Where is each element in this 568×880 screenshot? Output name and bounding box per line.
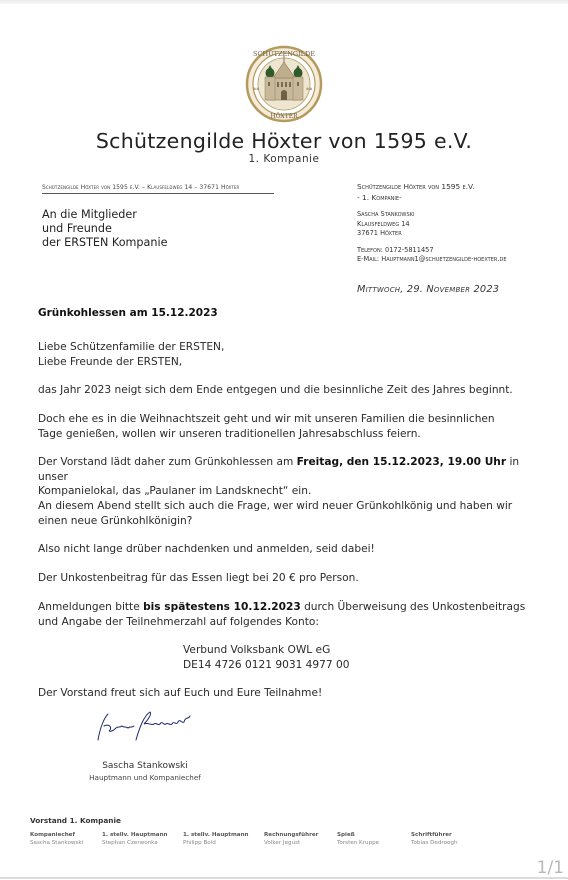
sender-name: Sascha Stankowski: [357, 210, 506, 220]
sender-city: 37671 Höxter: [357, 229, 506, 239]
paragraph-line: Kompanielokal, das „Paulaner im Landskne…: [38, 484, 548, 499]
board-member: Schriftführer Tobias Dedroogh: [411, 831, 458, 847]
board-member-role: Schriftführer: [411, 831, 458, 839]
bank-details: Verbund Volksbank OWL eG DE14 4726 0121 …: [183, 643, 350, 672]
svg-text:๑๑: ๑๑: [306, 86, 312, 92]
event-date-time: Freitag, den 15.12.2023, 19.00 Uhr: [297, 456, 506, 468]
board-member-role: Spieß: [337, 831, 379, 839]
board-member-name: Sascha Stankowski: [30, 839, 83, 847]
signatory-role: Hauptmann und Kompaniechef: [60, 773, 230, 782]
board-member-name: Volker Jegust: [264, 839, 318, 847]
page-indicator: 1/1: [537, 858, 564, 878]
sender-info-block: Schützengilde Höxter von 1595 e.V. - 1. …: [357, 182, 506, 265]
sender-street: Klausfeldweg 14: [357, 220, 506, 230]
paragraph-line: An diesem Abend stellt sich auch die Fra…: [38, 499, 548, 514]
iban: DE14 4726 0121 9031 4977 00: [183, 658, 350, 673]
board-member-role: 1. stellv. Hauptmann: [183, 831, 249, 839]
bank-name: Verbund Volksbank OWL eG: [183, 643, 350, 658]
paragraph-2: Doch ehe es in die Weihnachtszeit geht u…: [38, 412, 548, 441]
organization-name: Schützengilde Höxter von 1595 e.V.: [0, 129, 568, 153]
paragraph-5: Also nicht lange drüber nachdenken und a…: [38, 542, 548, 557]
recipient-line: und Freunde: [42, 222, 167, 236]
salutation-line: Liebe Freunde der ERSTEN,: [38, 355, 548, 370]
board-member: Rechnungsführer Volker Jegust: [264, 831, 318, 847]
paragraph-line: und Angabe der Teilnehmerzahl auf folgen…: [38, 615, 548, 630]
registration-deadline: bis spätestens 10.12.2023: [143, 601, 301, 613]
svg-text:HÖXTER: HÖXTER: [270, 113, 298, 120]
recipient-line: der ERSTEN Kompanie: [42, 236, 167, 250]
salutation-line: Liebe Schützenfamilie der ERSTEN,: [38, 340, 548, 355]
board-member-name: Torsten Kruppe: [337, 839, 379, 847]
letter-date: Mittwoch, 29. November 2023: [357, 284, 499, 295]
signatory-name: Sascha Stankowski: [60, 761, 230, 771]
board-member-role: Rechnungsführer: [264, 831, 318, 839]
board-member-role: 1. stellv. Hauptmann: [102, 831, 168, 839]
recipient-address: An die Mitglieder und Freunde der ERSTEN…: [42, 208, 167, 250]
paragraph-line: Doch ehe es in die Weihnachtszeit geht u…: [38, 412, 548, 427]
return-address-line: Schützengilde Höxter von 1595 e.V. – Kla…: [42, 184, 274, 194]
paragraph-6: Der Unkostenbeitrag für das Essen liegt …: [38, 571, 548, 586]
board-member-role: Kompaniechef: [30, 831, 83, 839]
paragraph-line: Anmeldungen bitte bis spätestens 10.12.2…: [38, 600, 548, 615]
paragraph-4: An diesem Abend stellt sich auch die Fra…: [38, 499, 548, 528]
sender-org: Schützengilde Höxter von 1595 e.V.: [357, 182, 506, 193]
board-member: Kompaniechef Sascha Stankowski: [30, 831, 83, 847]
board-member: 1. stellv. Hauptmann Stephan Czerwonka: [102, 831, 168, 847]
paragraph-line: Tage genießen, wollen wir unseren tradit…: [38, 427, 548, 442]
company-name: 1. Kompanie: [0, 153, 568, 165]
letter-subject: Grünkohlessen am 15.12.2023: [38, 307, 218, 319]
paragraph-line: Der Vorstand lädt daher zum Grünkohlesse…: [38, 455, 548, 484]
svg-text:๑๑: ๑๑: [253, 86, 259, 92]
document-page: SCHÜTZENGILDE HÖXTER ๑๑ ๑๑ Schützengilde…: [0, 4, 568, 880]
sender-phone: Telefon: 0172-5811457: [357, 246, 506, 256]
viewer-bottom-border: [0, 877, 568, 879]
sender-company: - 1. Kompanie-: [357, 193, 506, 204]
board-member-name: Stephan Czerwonka: [102, 839, 168, 847]
board-member: Spieß Torsten Kruppe: [337, 831, 379, 847]
paragraph-1: das Jahr 2023 neigt sich dem Ende entgeg…: [38, 383, 548, 398]
sender-email: E-Mail: Hauptmann1@schuetzengilde-hoexte…: [357, 255, 506, 265]
board-member: 1. stellv. Hauptmann Philipp Bold: [183, 831, 249, 847]
board-member-name: Tobias Dedroogh: [411, 839, 458, 847]
svg-text:SCHÜTZENGILDE: SCHÜTZENGILDE: [253, 49, 315, 58]
paragraph-7: Anmeldungen bitte bis spätestens 10.12.2…: [38, 600, 548, 629]
guild-seal-logo-icon: SCHÜTZENGILDE HÖXTER ๑๑ ๑๑: [229, 44, 339, 124]
board-member-name: Philipp Bold: [183, 839, 249, 847]
recipient-line: An die Mitglieder: [42, 208, 167, 222]
closing-line: Der Vorstand freut sich auf Euch und Eur…: [38, 686, 548, 701]
board-title: Vorstand 1. Kompanie: [30, 816, 121, 825]
paragraph-3: Der Vorstand lädt daher zum Grünkohlesse…: [38, 455, 548, 499]
handwritten-signature-icon: [90, 704, 200, 744]
paragraph-line: einen neue Grünkohlkönigin?: [38, 514, 548, 529]
salutation: Liebe Schützenfamilie der ERSTEN, Liebe …: [38, 340, 548, 369]
